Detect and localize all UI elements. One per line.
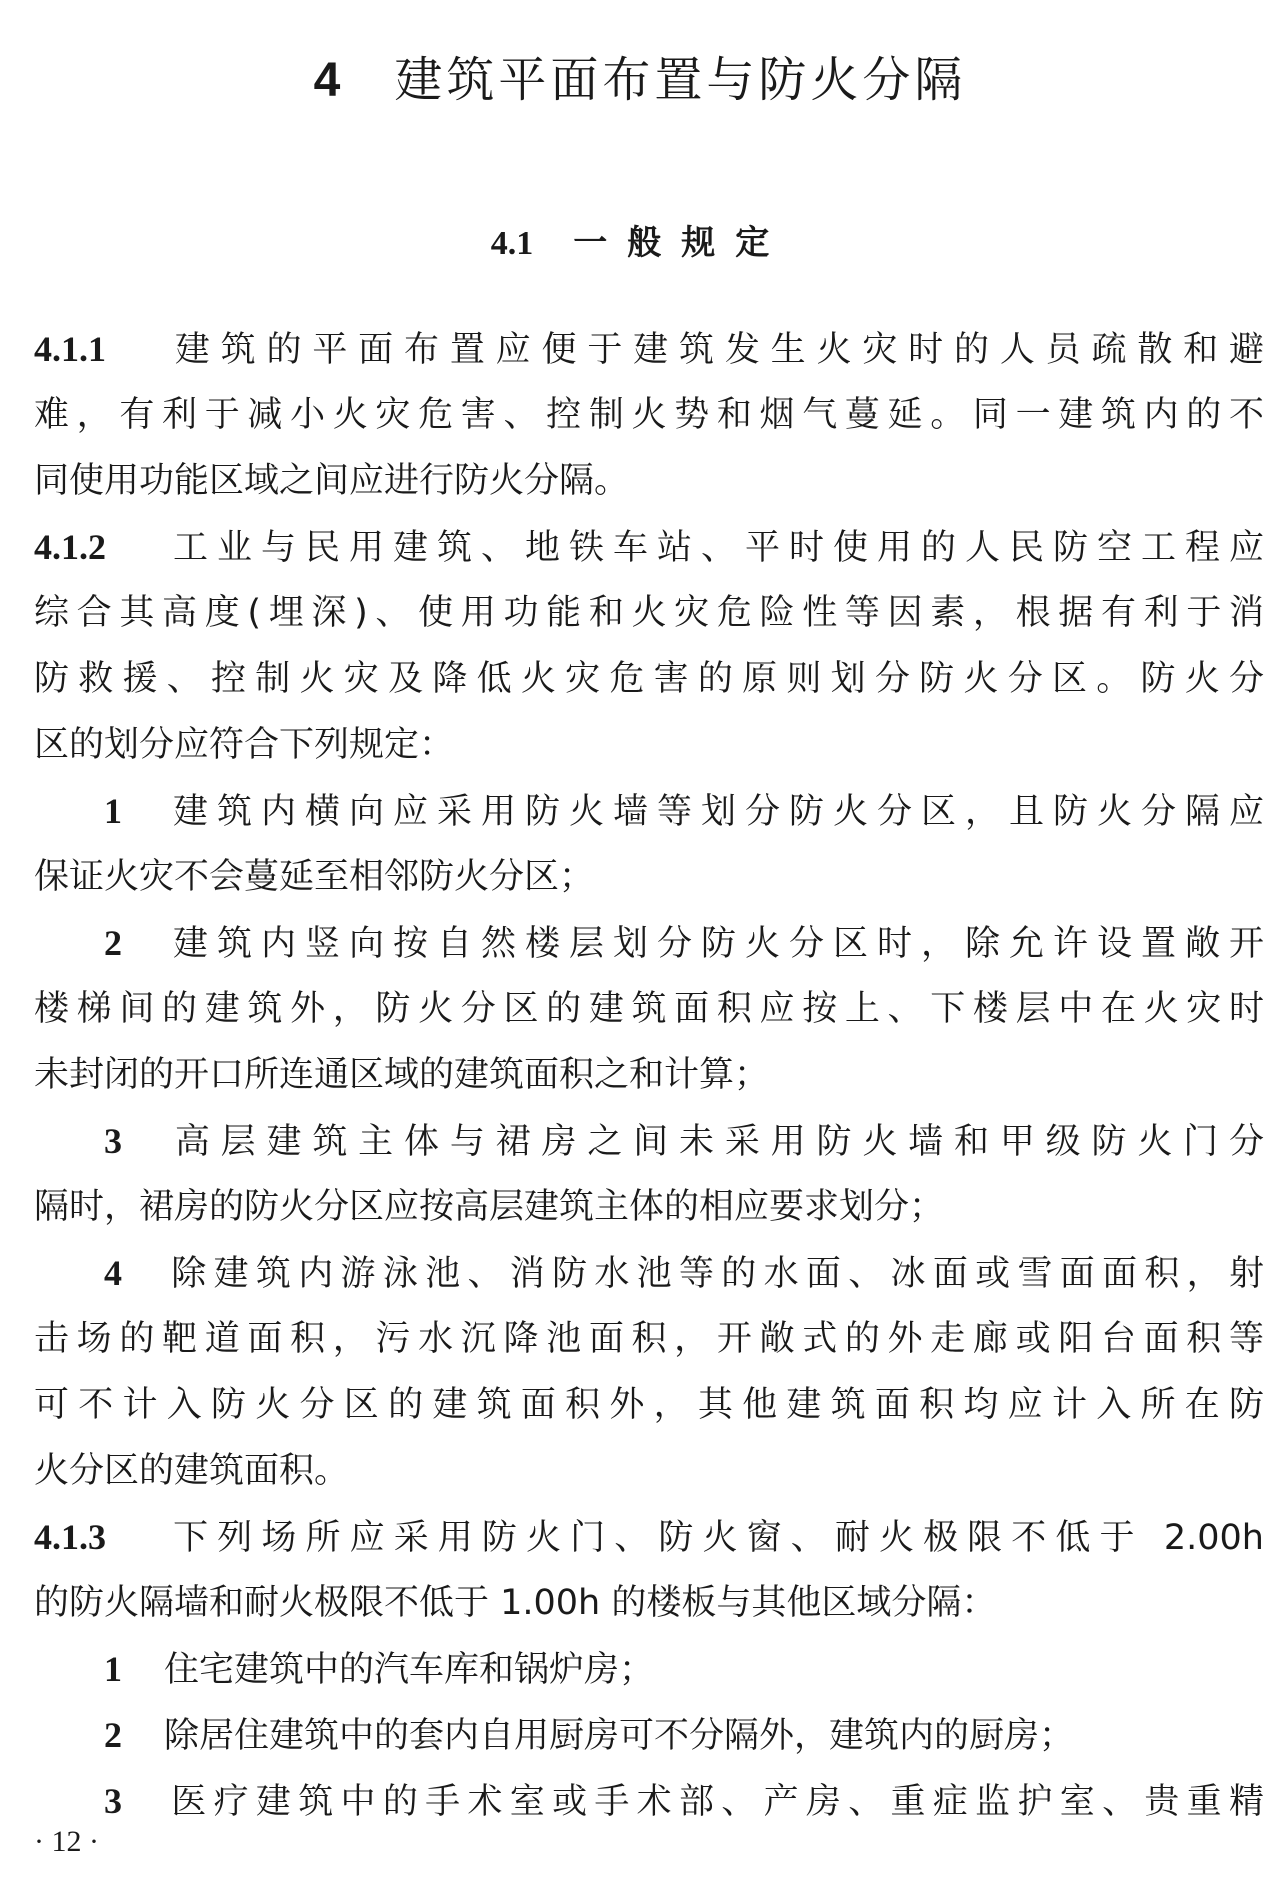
section-title: 4.1一般规定: [0, 218, 1280, 269]
list-item: 2建筑内竖向按自然楼层划分防火分区时，除允许设置敞开: [34, 910, 1264, 976]
document-page: 4建筑平面布置与防火分隔 4.1一般规定 4.1.1建筑的平面布置应便于建筑发生…: [0, 0, 1280, 1888]
clause-4-1-1-line: 4.1.1建筑的平面布置应便于建筑发生火灾时的人员疏散和避: [34, 316, 1264, 382]
list-item: 3高层建筑主体与裙房之间未采用防火墙和甲级防火门分: [34, 1108, 1264, 1174]
item-number: 4: [104, 1240, 164, 1306]
chapter-number: 4: [314, 54, 345, 107]
list-item: 4除建筑内游泳池、消防水池等的水面、冰面或雪面面积，射: [34, 1240, 1264, 1306]
list-item-line: 未封闭的开口所连通区域的建筑面积之和计算；: [34, 1042, 1264, 1108]
clause-number: 4.1.1: [34, 316, 164, 382]
list-item-line: 楼梯间的建筑外，防火分区的建筑面积应按上、下楼层中在火灾时: [34, 976, 1264, 1042]
list-item: 1住宅建筑中的汽车库和锅炉房；: [34, 1636, 1264, 1702]
chapter-title-text: 建筑平面布置与防火分隔: [394, 52, 966, 108]
page-number: · 12 ·: [34, 1822, 99, 1862]
list-item-line: 隔时，裙房的防火分区应按高层建筑主体的相应要求划分；: [34, 1174, 1264, 1240]
list-item: 2除居住建筑中的套内自用厨房可不分隔外，建筑内的厨房；: [34, 1702, 1264, 1768]
item-number: 1: [104, 778, 164, 844]
list-item-line: 可不计入防火分区的建筑面积外，其他建筑面积均应计入所在防: [34, 1372, 1264, 1438]
list-item-line: 火分区的建筑面积。: [34, 1438, 1264, 1504]
clause-line: 同使用功能区域之间应进行防火分隔。: [34, 448, 1264, 514]
clause-4-1-2-line: 4.1.2工业与民用建筑、地铁车站、平时使用的人民防空工程应: [34, 514, 1264, 580]
clause-line: 防救援、控制火灾及降低火灾危害的原则划分防火分区。防火分: [34, 646, 1264, 712]
list-item: 3医疗建筑中的手术室或手术部、产房、重症监护室、贵重精: [34, 1768, 1264, 1834]
item-number: 3: [104, 1768, 164, 1834]
clause-number: 4.1.2: [34, 514, 164, 580]
clause-line: 综合其高度(埋深)、使用功能和火灾危险性等因素，根据有利于消: [34, 580, 1264, 646]
clause-line: 难，有利于减小火灾危害、控制火势和烟气蔓延。同一建筑内的不: [34, 382, 1264, 448]
clause-4-1-3-line: 4.1.3下列场所应采用防火门、防火窗、耐火极限不低于 2.00h: [34, 1504, 1264, 1570]
item-number: 3: [104, 1108, 164, 1174]
clause-number: 4.1.3: [34, 1504, 164, 1570]
item-number: 2: [104, 910, 164, 976]
chapter-title: 4建筑平面布置与防火分隔: [0, 44, 1280, 117]
body-text: 4.1.1建筑的平面布置应便于建筑发生火灾时的人员疏散和避 难，有利于减小火灾危…: [34, 316, 1264, 1834]
section-number: 4.1: [491, 225, 534, 262]
clause-line: 的防火隔墙和耐火极限不低于 1.00h 的楼板与其他区域分隔：: [34, 1570, 1264, 1636]
item-number: 2: [104, 1702, 164, 1768]
list-item-line: 保证火灾不会蔓延至相邻防火分区；: [34, 844, 1264, 910]
list-item: 1建筑内横向应采用防火墙等划分防火分区，且防火分隔应: [34, 778, 1264, 844]
clause-line: 区的划分应符合下列规定：: [34, 712, 1264, 778]
item-number: 1: [104, 1636, 164, 1702]
section-title-text: 一般规定: [573, 223, 789, 263]
list-item-line: 击场的靶道面积，污水沉降池面积，开敞式的外走廊或阳台面积等: [34, 1306, 1264, 1372]
